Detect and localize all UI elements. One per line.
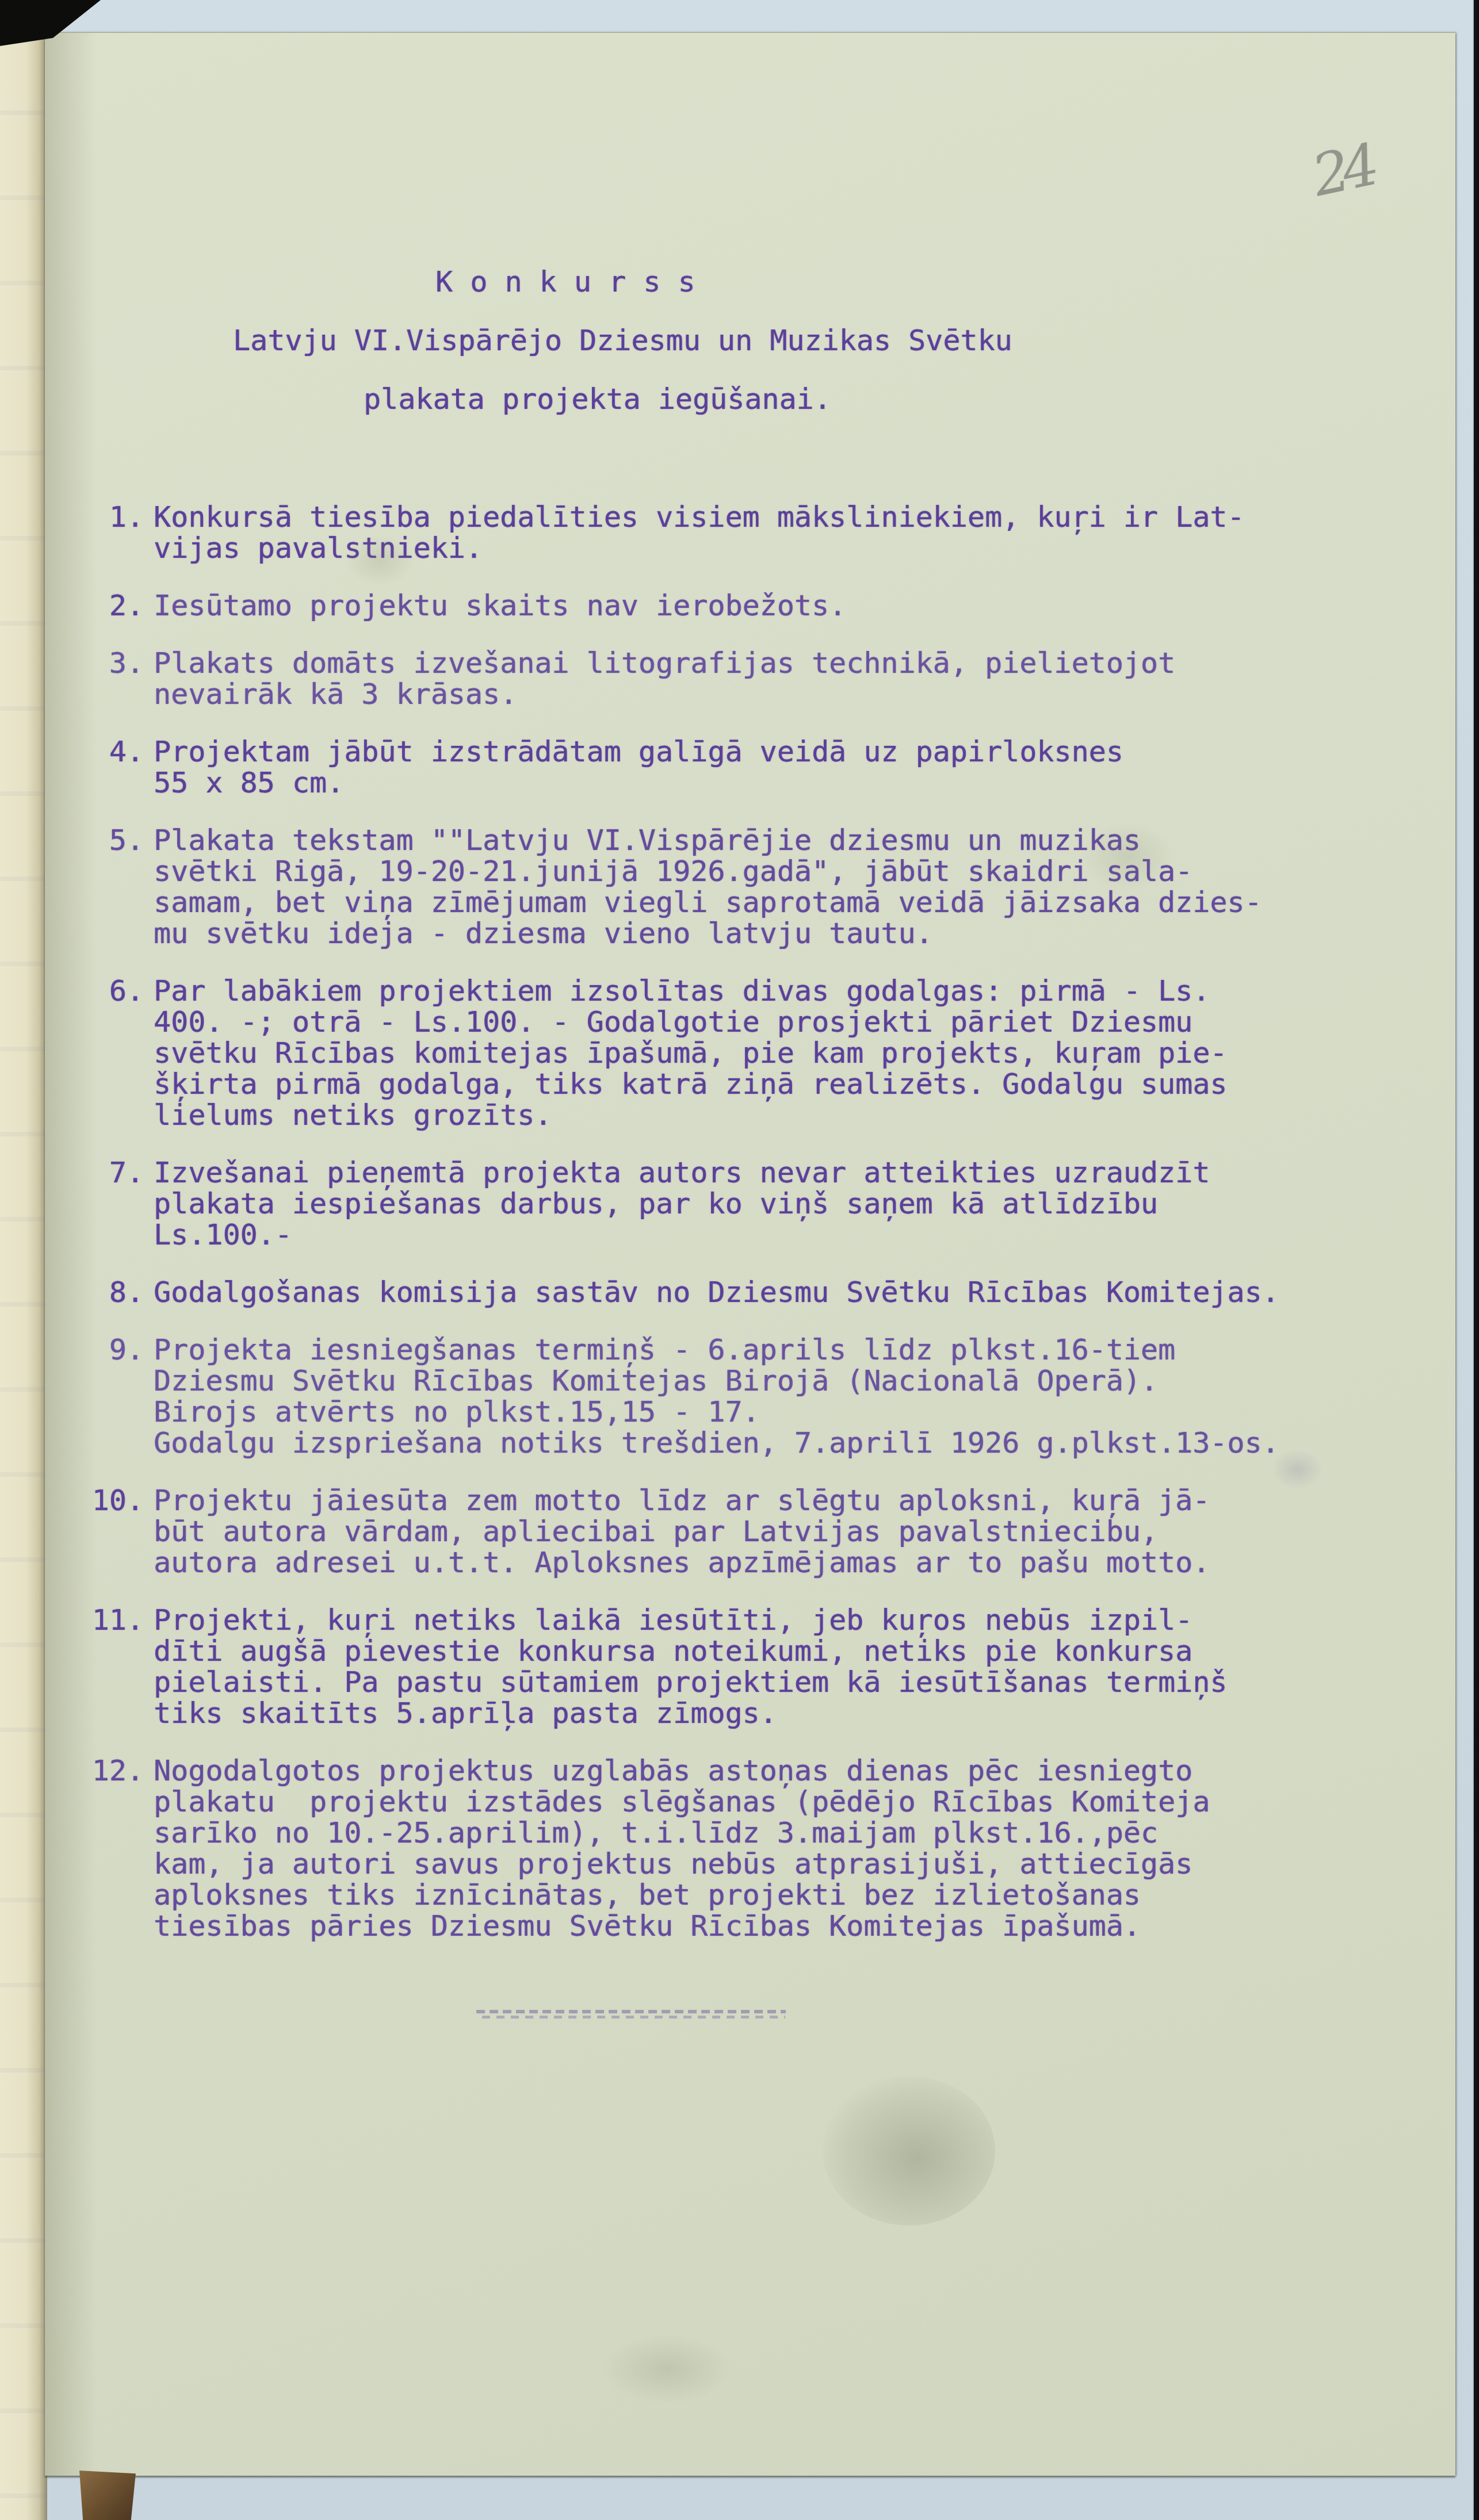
text-line: Izvešanai pieņemtā projekta autors nevar… [154, 1157, 1421, 1188]
text-line: aploksnes tiks iznīcinātas, bet projekti… [154, 1879, 1421, 1910]
text-line: Birojs atvērts no plkst.15,15 - 17. [154, 1396, 1421, 1427]
list-item: 5.Plakata tekstam ""Latvju VI.Vispārējie… [0, 825, 1421, 949]
item-text: Projektu jāiesūta zem motto līdz ar slēg… [154, 1485, 1421, 1578]
text-line: būt autora vārdam, apliecibai par Latvij… [154, 1516, 1421, 1547]
text-line: svētki Rigā, 19-20-21.junijā 1926.gadā",… [154, 856, 1421, 887]
item-text: Projektam jābūt izstrādātam galīgā veidā… [154, 736, 1421, 798]
text-line: Ls.100.- [154, 1219, 1421, 1250]
list-item: 2.Iesūtamo projektu skaits nav ierobežot… [0, 590, 1421, 621]
text-line: Projektam jābūt izstrādātam galīgā veidā… [154, 736, 1421, 767]
list-item: 6.Par labākiem projektiem izsolītas diva… [0, 975, 1421, 1131]
divider-rule [476, 2008, 786, 2022]
text-line: kam, ja autori savus projektus nebūs atp… [154, 1848, 1421, 1879]
scanned-document: 24 K o n k u r s s Latvju VI.Vispārējo D… [0, 0, 1479, 2520]
text-line: Par labākiem projektiem izsolītas divas … [154, 975, 1421, 1006]
text-line: šķirta pirmā godalga, tiks katrā ziņā re… [154, 1068, 1421, 1100]
item-text: Par labākiem projektiem izsolītas divas … [154, 975, 1421, 1131]
text-line: Plakats domāts izvešanai litografijas te… [154, 648, 1421, 679]
text-line: sarīko no 10.-25.aprilim), t.i.līdz 3.ma… [154, 1817, 1421, 1848]
list-item: 12.Nogodalgotos projektus uzglabās astoņ… [0, 1755, 1421, 1941]
text-line: mu svētku ideja - dziesma vieno latvju t… [154, 918, 1421, 949]
document-title-line-3: plakata projekta iegūšanai. [364, 384, 831, 415]
text-line: Projekti, kuŗi netiks laikā iesūtīti, je… [154, 1604, 1421, 1636]
list-item: 10.Projektu jāiesūta zem motto līdz ar s… [0, 1485, 1421, 1578]
scan-right-edge [1473, 0, 1479, 2520]
document-title-line-1: K o n k u r s s [435, 266, 695, 297]
text-line: svētku Rīcības komitejas īpašumā, pie ka… [154, 1037, 1421, 1068]
item-number: 2. [0, 590, 144, 621]
text-line: dīti augšā pievestie konkursa noteikumi,… [154, 1636, 1421, 1667]
text-line: autora adresei u.t.t. Aploksnes apzīmēja… [154, 1547, 1421, 1578]
item-text: Plakata tekstam ""Latvju VI.Vispārējie d… [154, 825, 1421, 949]
text-line: pielaisti. Pa pastu sūtamiem projektiem … [154, 1667, 1421, 1698]
list-item: 3.Plakats domāts izvešanai litografijas … [0, 648, 1421, 710]
text-line: Projekta iesniegšanas termiņš - 6.aprils… [154, 1334, 1421, 1365]
text-line: Nogodalgotos projektus uzglabās astoņas … [154, 1755, 1421, 1786]
text-line: tiks skaitīts 5.aprīļa pasta zīmogs. [154, 1698, 1421, 1729]
item-number: 12. [0, 1755, 144, 1786]
list-item: 4.Projektam jābūt izstrādātam galīgā vei… [0, 736, 1421, 798]
text-line: Konkursā tiesība piedalīties visiem māks… [154, 501, 1421, 533]
text-line: Godalgu izspriešana notiks trešdien, 7.a… [154, 1427, 1421, 1458]
item-number: 3. [0, 648, 144, 679]
item-text: Izvešanai pieņemtā projekta autors nevar… [154, 1157, 1421, 1250]
text-line: tiesības pāries Dziesmu Svētku Rīcības K… [154, 1910, 1421, 1941]
text-line: Iesūtamo projektu skaits nav ierobežots. [154, 590, 1421, 621]
list-item: 9.Projekta iesniegšanas termiņš - 6.apri… [0, 1334, 1421, 1458]
list-item: 7.Izvešanai pieņemtā projekta autors nev… [0, 1157, 1421, 1250]
item-text: Konkursā tiesība piedalīties visiem māks… [154, 501, 1421, 564]
item-number: 6. [0, 975, 144, 1006]
text-line: plakatu projektu izstādes slēgšanas (pēd… [154, 1786, 1421, 1817]
item-number: 1. [0, 501, 144, 533]
item-text: Iesūtamo projektu skaits nav ierobežots. [154, 590, 1421, 621]
item-number: 8. [0, 1277, 144, 1308]
text-line: Plakata tekstam ""Latvju VI.Vispārējie d… [154, 825, 1421, 856]
list-item: 11.Projekti, kuŗi netiks laikā iesūtīti,… [0, 1604, 1421, 1729]
item-number: 7. [0, 1157, 144, 1188]
item-text: Godalgošanas komisija sastāv no Dziesmu … [154, 1277, 1421, 1308]
item-text: Nogodalgotos projektus uzglabās astoņas … [154, 1755, 1421, 1941]
text-line: 400. -; otrā - Ls.100. - Godalgotie pros… [154, 1006, 1421, 1037]
text-line: samam, bet viņa zīmējumam viegli saprota… [154, 887, 1421, 918]
text-line: nevairāk kā 3 krāsas. [154, 679, 1421, 710]
item-number: 5. [0, 825, 144, 856]
list-item: 1.Konkursā tiesība piedalīties visiem mā… [0, 501, 1421, 564]
item-text: Plakats domāts izvešanai litografijas te… [154, 648, 1421, 710]
text-line: lielums netiks grozīts. [154, 1100, 1421, 1131]
document-title-line-2: Latvju VI.Vispārējo Dziesmu un Muzikas S… [233, 325, 1012, 356]
text-line: 55 x 85 cm. [154, 767, 1421, 798]
item-text: Projekta iesniegšanas termiņš - 6.aprils… [154, 1334, 1421, 1458]
item-number: 9. [0, 1334, 144, 1365]
item-number: 4. [0, 736, 144, 767]
text-line: vijas pavalstnieki. [154, 533, 1421, 564]
terms-list: 1.Konkursā tiesība piedalīties visiem mā… [0, 501, 1421, 1968]
text-line: Dziesmu Svētku Rīcības Komitejas Birojā … [154, 1365, 1421, 1396]
binding-scrap [79, 2471, 138, 2520]
list-item: 8.Godalgošanas komisija sastāv no Dziesm… [0, 1277, 1421, 1308]
text-line: Projektu jāiesūta zem motto līdz ar slēg… [154, 1485, 1421, 1516]
item-text: Projekti, kuŗi netiks laikā iesūtīti, je… [154, 1604, 1421, 1729]
item-number: 11. [0, 1604, 144, 1636]
item-number: 10. [0, 1485, 144, 1516]
text-line: plakata iespiešanas darbus, par ko viņš … [154, 1188, 1421, 1219]
text-line: Godalgošanas komisija sastāv no Dziesmu … [154, 1277, 1421, 1308]
